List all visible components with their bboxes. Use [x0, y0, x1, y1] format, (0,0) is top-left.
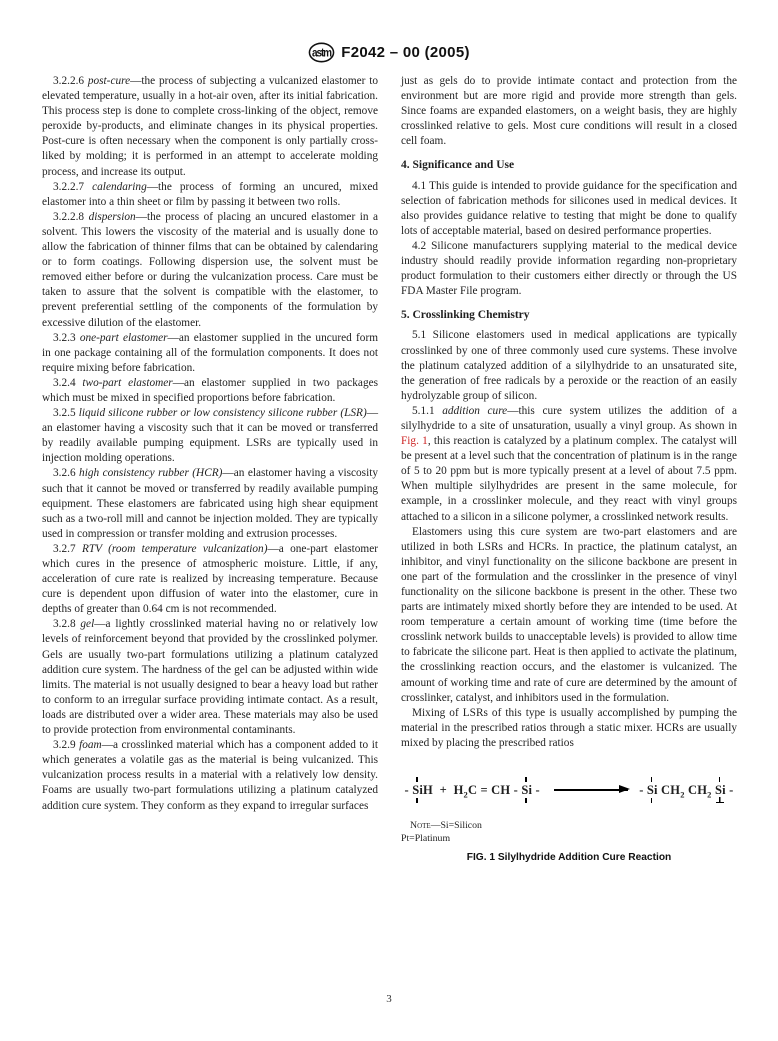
paragraph: 4.2 Silicone manufacturers supplying mat… [401, 239, 737, 299]
paragraph: 3.2.7 RTV (room temperature vulcanizatio… [42, 542, 378, 617]
paragraph: 3.2.2.7 calendaring—the process of formi… [42, 180, 378, 210]
reaction-equation: - SiH + H2C = CH - Si - - Si CH2 CH2 Si … [401, 771, 737, 815]
right-column: just as gels do to provide intimate cont… [401, 74, 737, 865]
paragraph: 3.2.4 two-part elastomer—an elastomer su… [42, 376, 378, 406]
svg-text:astm: astm [312, 46, 332, 60]
paragraph: 3.2.3 one-part elastomer—an elastomer su… [42, 331, 378, 376]
paragraph: just as gels do to provide intimate cont… [401, 74, 737, 149]
paragraph: 3.2.9 foam—a crosslinked material which … [42, 738, 378, 813]
fig-1-link[interactable]: Fig. 1 [401, 435, 428, 447]
silicon-atom: Si [412, 783, 423, 798]
section-heading: 4. Significance and Use [401, 158, 737, 173]
left-column: 3.2.2.6 post-cure—the process of subject… [42, 74, 378, 865]
figure-note-silicon: Note—Si=Silicon [401, 819, 737, 832]
paragraph: 3.2.6 high consistency rubber (HCR)—an e… [42, 466, 378, 541]
paragraph: 3.2.8 gel—a lightly crosslinked material… [42, 617, 378, 738]
paragraph: Elastomers using this cure system are tw… [401, 525, 737, 706]
figure-note-platinum: Pt=Platinum [401, 832, 737, 845]
silicon-atom: Si [715, 783, 726, 798]
paragraph: 5.1 Silicone elastomers used in medical … [401, 328, 737, 403]
two-column-text: 3.2.2.6 post-cure—the process of subject… [42, 74, 737, 865]
paragraph: 3.2.2.6 post-cure—the process of subject… [42, 74, 378, 180]
paragraph: 5.1.1 addition cure—this cure system uti… [401, 404, 737, 525]
reaction-arrow-icon [554, 789, 628, 791]
paragraph: 3.2.5 liquid silicone rubber or low cons… [42, 406, 378, 466]
page-number: 3 [0, 993, 778, 1005]
paragraph: Mixing of LSRs of this type is usually a… [401, 706, 737, 751]
astm-logo-icon: astm [308, 42, 335, 63]
paragraph: 3.2.2.8 dispersion—the process of placin… [42, 210, 378, 331]
figure-caption: FIG. 1 Silylhydride Addition Cure Reacti… [401, 850, 737, 865]
note-label: Note [410, 820, 431, 831]
section-heading: 5. Crosslinking Chemistry [401, 308, 737, 323]
document-header: astm F2042 – 00 (2005) [0, 42, 778, 63]
standard-designation: F2042 – 00 (2005) [341, 44, 470, 61]
silicon-atom: Si [521, 783, 532, 798]
document-page: astm F2042 – 00 (2005) 3.2.2.6 post-cure… [0, 0, 778, 1041]
figure-1: - SiH + H2C = CH - Si - - Si CH2 CH2 Si … [401, 771, 737, 865]
silicon-atom: Si [647, 783, 658, 798]
paragraph: 4.1 This guide is intended to provide gu… [401, 179, 737, 239]
